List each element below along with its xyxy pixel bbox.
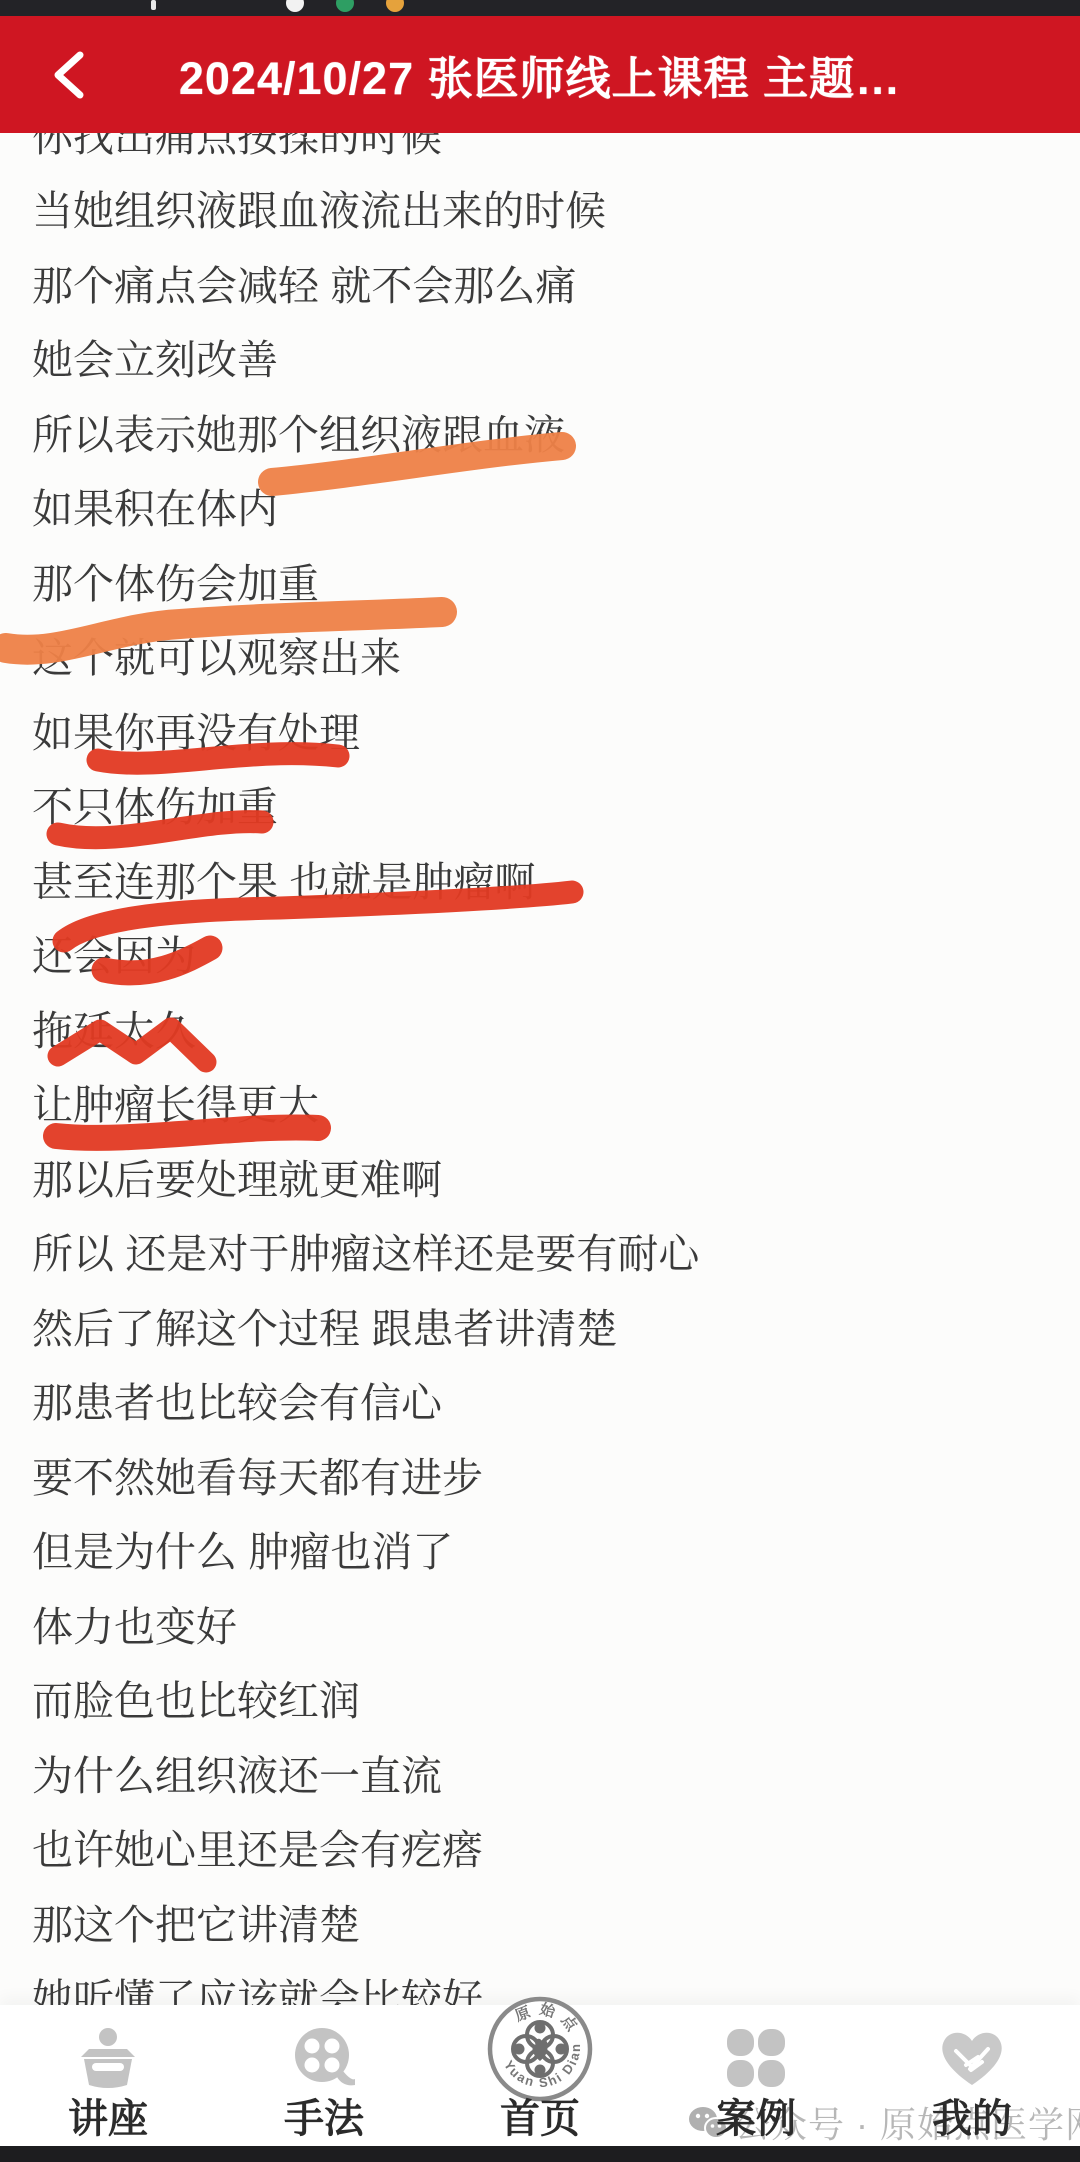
title-bar: 2024/10/27 张医师线上课程 主题… xyxy=(0,16,1080,133)
transcript-line: 那这个把它讲清楚 xyxy=(32,1884,1064,1959)
status-orange-dot xyxy=(386,0,404,12)
tab-label: 手法 xyxy=(284,2099,364,2139)
handshake-heart-icon xyxy=(938,2017,1006,2089)
status-bar xyxy=(0,0,1080,16)
transcript-line: 那患者也比较会有信心 xyxy=(32,1363,1064,1438)
tab-案例[interactable]: 案例 xyxy=(648,2005,864,2146)
transcript-line: 这个就可以观察出来 xyxy=(32,618,1064,693)
bottom-nav-bar xyxy=(0,2146,1080,2162)
tab-讲座[interactable]: 讲座 xyxy=(0,2005,216,2146)
transcript-line: 当她组织液跟血液流出来的时候 xyxy=(32,171,1064,246)
status-green-dot xyxy=(336,0,354,12)
tab-bar: 公众号 · 原始点医学网 讲座手法原始点Yuan Shi Dian首页案例我的 xyxy=(0,2005,1080,2146)
tab-label: 案例 xyxy=(716,2099,796,2139)
tab-label: 首页 xyxy=(500,2099,580,2139)
transcript-line: 体力也变好 xyxy=(32,1586,1064,1661)
transcript-line: 所以表示她那个组织液跟血液 xyxy=(32,394,1064,469)
app-screen: 2024/10/27 张医师线上课程 主题… 你找出痛点按揉的时候当她组织液跟血… xyxy=(0,0,1080,2162)
status-white-dot xyxy=(286,0,304,12)
transcript-line: 也许她心里还是会有疙瘩 xyxy=(32,1810,1064,1885)
transcript-line: 为什么组织液还一直流 xyxy=(32,1735,1064,1810)
transcript-line: 如果积在体内 xyxy=(32,469,1064,544)
transcript-line: 拖延太久 xyxy=(32,990,1064,1065)
tab-label: 我的 xyxy=(932,2099,1012,2139)
cases-clover-icon xyxy=(725,2017,787,2089)
transcript-line: 那个体伤会加重 xyxy=(32,543,1064,618)
transcript-line: 如果你再没有处理 xyxy=(32,692,1064,767)
tab-label: 讲座 xyxy=(68,2099,148,2139)
transcript: 你找出痛点按揉的时候当她组织液跟血液流出来的时候那个痛点会减轻 就不会那么痛她会… xyxy=(32,96,1064,2033)
chevron-left-icon xyxy=(58,55,80,95)
transcript-line: 那以后要处理就更难啊 xyxy=(32,1139,1064,1214)
transcript-line: 要不然她看每天都有进步 xyxy=(32,1437,1064,1512)
transcript-line: 所以 还是对于肿瘤这样还是要有耐心 xyxy=(32,1214,1064,1289)
lecture-podium-icon xyxy=(75,2017,141,2089)
transcript-line: 让肿瘤长得更大 xyxy=(32,1065,1064,1140)
back-button[interactable] xyxy=(44,47,96,103)
transcript-line: 还会因为 xyxy=(32,916,1064,991)
tab-首页[interactable]: 原始点Yuan Shi Dian首页 xyxy=(432,2005,648,2146)
film-reel-icon xyxy=(291,2017,357,2089)
page-title: 2024/10/27 张医师线上课程 主题… xyxy=(179,42,901,107)
transcript-line: 不只体伤加重 xyxy=(32,767,1064,842)
transcript-line: 甚至连那个果 也就是肿瘤啊 xyxy=(32,841,1064,916)
tab-手法[interactable]: 手法 xyxy=(216,2005,432,2146)
status-notch xyxy=(151,0,156,10)
transcript-line: 而脸色也比较红润 xyxy=(32,1661,1064,1736)
transcript-line: 那个痛点会减轻 就不会那么痛 xyxy=(32,245,1064,320)
home-logo-icon: 原始点Yuan Shi Dian xyxy=(486,2017,594,2089)
transcript-line: 然后了解这个过程 跟患者讲清楚 xyxy=(32,1288,1064,1363)
transcript-line: 她会立刻改善 xyxy=(32,320,1064,395)
tab-我的[interactable]: 我的 xyxy=(864,2005,1080,2146)
transcript-line: 但是为什么 肿瘤也消了 xyxy=(32,1512,1064,1587)
